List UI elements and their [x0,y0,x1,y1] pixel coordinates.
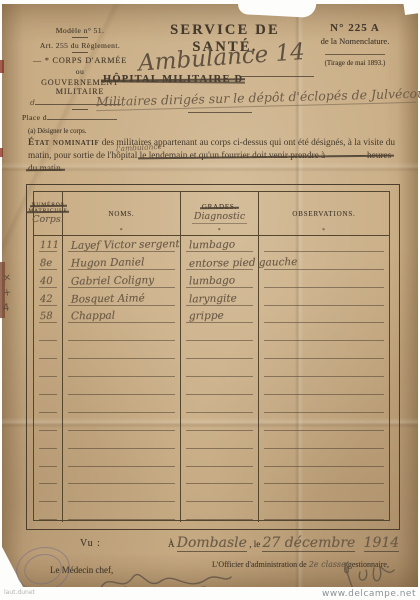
cell-rule-line [264,254,384,270]
table-cell: Hugon Daniel [63,254,181,272]
cell-rule-line [264,468,384,484]
table-cell [259,308,389,326]
scan-edge-artifact [0,60,4,73]
cell-rule-line [264,307,384,323]
cell-rule-line: laryngite [186,290,253,306]
cell-rule-line [186,325,253,341]
cell-rule-line: 58 [39,307,57,323]
cell-rule-line [186,343,253,359]
cell-rule-line [186,433,253,449]
table-cell [181,433,259,451]
cell-rule-line [186,397,253,413]
table-cell [181,451,259,469]
table-cell [259,361,389,379]
table-cell [259,379,389,397]
cell-rule-line [68,468,175,484]
cell-rule-line [68,343,175,359]
table-cell [63,325,181,343]
cell-rule-line [186,415,253,431]
cell-rule-line [39,504,57,520]
cell-rule-line: Gabriel Coligny [68,272,175,288]
table-cell [63,504,181,522]
table-row [34,361,389,379]
officier-line: L'Officier d'administration de 2e classe… [212,560,389,569]
cell-rule-line [39,415,57,431]
pencil-mark: + [2,286,19,299]
table-cell [63,343,181,361]
table-cell [259,325,389,343]
pencil-mark: 4 [2,301,19,314]
handwritten-year: 1914 [364,535,400,551]
table-header-row: NUMÉROS MATRICULE Corps. NOMS. * GRADES.… [34,192,389,236]
cell-rule-line: Layef Victor sergent [68,236,175,252]
footnote-designer-le-corps: (a) Désigner le corps. [28,128,87,135]
table-cell: Chappal [63,308,181,326]
cell-rule-line [264,397,384,413]
hopital-militaire-struck: HÔPITAL MILITAIRE D [103,74,243,85]
table-cell [259,469,389,487]
margin-pencil-marks: ×+4 [3,272,19,313]
table-cell [34,433,63,451]
cell-rule-line [264,290,384,306]
handwritten-entry: Bosquet Aimé [68,293,145,305]
table-cell: 42 [34,290,63,308]
cell-rule-line [68,433,175,449]
table-cell [63,415,181,433]
torn-edge-top-right [403,0,420,15]
table-cell: grippe [181,308,259,326]
blank-rule [188,112,252,113]
cell-rule-line [264,504,384,520]
cell-rule-line: 111 [39,236,57,252]
model-number: Modèle n° 51. [22,26,138,35]
cell-rule-line [68,325,175,341]
etat-nominatif-paragraph: État nominatif des militaires appartenan… [28,137,402,176]
table-cell [259,343,389,361]
cell-rule-line [68,415,175,431]
cell-rule-line [39,397,57,413]
place-blank-line: Place d [22,113,138,122]
handwritten-entry: 40 [39,276,53,287]
scanned-document-page: Modèle n° 51. Art. 255 du Règlement. — *… [0,0,420,600]
struck-text: du matin. [28,164,63,174]
handwritten-entry: Hugon Daniel [68,257,145,269]
divider [72,52,88,53]
table-cell [181,486,259,504]
cell-rule-line [264,361,384,377]
table-cell [181,415,259,433]
table-cell: laryngite [181,290,259,308]
paragraph-line-3: du matin. [28,163,402,176]
cell-rule-line [39,486,57,502]
table-cell [34,343,63,361]
table-cell [181,343,259,361]
table-cell: 8e [34,254,63,272]
cell-rule-line: 42 [39,290,57,306]
cell-rule-line [39,325,57,341]
table-cell: Bosquet Aimé [63,290,181,308]
handwritten-entry: lumbago [186,239,235,251]
struck-text: le lendemain et qu'un fourrier doit veni… [140,151,392,161]
table-cell [34,486,63,504]
cell-rule-line [186,361,253,377]
table-cell: Layef Victor sergent [63,236,181,254]
table-cell [34,325,63,343]
table-row [34,486,389,504]
blank-rule [240,76,314,77]
cell-rule-line [264,451,384,467]
cell-rule-line [39,451,57,467]
table-row [34,343,389,361]
table-cell [181,361,259,379]
cell-rule-line: lumbago [186,272,253,288]
form-number: N° 225 A [300,22,410,34]
cell-rule-line [264,433,384,449]
article-reference: Art. 255 du Règlement. [22,41,138,50]
cell-rule-line [186,486,253,502]
cell-rule-line [186,451,253,467]
table-row [34,433,389,451]
vu-label: Vu : [80,538,101,549]
cell-rule-line [264,486,384,502]
table-cell [259,415,389,433]
pencil-mark: × [2,271,19,284]
cell-rule-line [39,361,57,377]
cell-rule-line: 8e [39,254,57,270]
cell-rule-line [264,236,384,252]
table-cell [181,504,259,522]
table-row [34,325,389,343]
handwritten-entry: grippe [186,311,224,323]
handwritten-entry: lumbago [186,275,235,287]
cell-rule-line: lumbago [186,236,253,252]
table-row [34,504,389,522]
cell-rule-line [68,486,175,502]
table-cell [63,433,181,451]
footnote-mark: * [120,228,124,234]
table-cell: 58 [34,308,63,326]
table-cell [259,486,389,504]
scan-bottom-strip: laut.dunet www.delcampe.net [0,587,420,600]
cell-rule-line: entorse pied gauche [186,254,253,270]
table-row [34,397,389,415]
cell-rule-line [39,468,57,484]
cell-rule-line: 40 [39,272,57,288]
handwritten-entry: 58 [39,311,53,322]
table-row: 58Chappalgrippe [34,308,389,326]
footnote-mark: * [322,228,326,234]
table-cell [181,325,259,343]
seller-watermark: laut.dunet [4,589,35,596]
table-cell [34,361,63,379]
header-diagnostic: GRADES. Diagnostic * [181,192,259,236]
footnote-mark: * [218,228,222,234]
nominal-roll-table: NUMÉROS MATRICULE Corps. NOMS. * GRADES.… [33,191,390,521]
table-cell [259,290,389,308]
cell-rule-line [186,468,253,484]
table-cell [259,504,389,522]
header-observations: OBSERVATIONS. * [259,192,389,236]
handwritten-entry: 111 [39,240,59,251]
cell-rule-line: Hugon Daniel [68,254,175,270]
table-cell: Gabriel Coligny [63,272,181,290]
cell-rule-line [264,379,384,395]
table-cell [63,486,181,504]
cell-rule-line: Bosquet Aimé [68,290,175,306]
table-row [34,379,389,397]
cell-rule-line [68,504,175,520]
handwritten-entry: Layef Victor sergent [68,239,180,252]
cell-rule-line [68,397,175,413]
cell-rule-line [186,504,253,520]
table-cell [34,504,63,522]
table-cell [34,379,63,397]
table-row [34,469,389,487]
table-cell [259,236,389,254]
cell-rule-line [264,325,384,341]
header-noms: NOMS. * [63,192,181,236]
table-cell [181,397,259,415]
table-cell [63,379,181,397]
cell-rule-line [68,451,175,467]
cell-rule-line: grippe [186,307,253,323]
table-row: 111Layef Victor sergentlumbago [34,236,389,254]
table-cell: 111 [34,236,63,254]
delcampe-watermark: www.delcampe.net [322,589,416,599]
handwritten-classe: 2e classe [309,560,346,569]
table-cell: lumbago [181,272,259,290]
table-cell [63,397,181,415]
cell-rule-line [68,379,175,395]
table-row [34,415,389,433]
table-cell [34,469,63,487]
tirage-label: (Tirage de mai 1893.) [325,54,386,67]
handwritten-entry: laryngite [186,293,237,305]
table-cell: lumbago [181,236,259,254]
table-cell [259,433,389,451]
cell-rule-line [39,433,57,449]
table-body: 111Layef Victor sergentlumbago8eHugon Da… [34,236,389,522]
cell-rule-line [264,343,384,359]
table-row [34,451,389,469]
table-cell [259,272,389,290]
table-cell [34,397,63,415]
table-cell [181,469,259,487]
handwritten-entry: 42 [39,293,53,304]
date-line: À Dombasle , le 27 décembre 1914 [168,535,399,552]
table-cell [259,397,389,415]
table-cell [63,451,181,469]
cell-rule-line [39,379,57,395]
blank-rule [47,119,117,120]
header-corps: NUMÉROS MATRICULE Corps. [34,192,63,236]
handwritten-date: 27 décembre [262,535,355,551]
cell-rule-line [68,361,175,377]
table-cell [259,451,389,469]
cell-rule-line: Chappal [68,307,175,323]
table-row: 40Gabriel Colignylumbago [34,272,389,290]
cell-rule-line [186,379,253,395]
scan-edge-artifact [0,148,3,157]
divider [72,109,88,110]
table-cell [181,379,259,397]
table-cell [63,469,181,487]
handwritten-entry: 8e [39,258,52,269]
handwritten-entry: Chappal [68,311,115,323]
table-cell [34,451,63,469]
table-cell [259,254,389,272]
handwritten-place: Dombasle [177,535,247,551]
corps-armee-label: — * CORPS D'ARMÉE [22,56,138,65]
cell-rule-line [39,343,57,359]
table-cell [63,361,181,379]
paragraph-line-1: État nominatif des militaires appartenan… [28,137,402,150]
table-cell: entorse pied gauche [181,254,259,272]
table-cell [34,415,63,433]
table-row: 42Bosquet Aimélaryngite [34,290,389,308]
cell-rule-line [264,272,384,288]
paragraph-line-2: l'ambulance matin, pour sortie de l'hôpi… [28,150,402,163]
divider [72,37,88,38]
table-row: 8eHugon Danielentorse pied gauche [34,254,389,272]
handwritten-entry: Gabriel Coligny [68,275,154,288]
table-cell: 40 [34,272,63,290]
cell-rule-line [264,415,384,431]
